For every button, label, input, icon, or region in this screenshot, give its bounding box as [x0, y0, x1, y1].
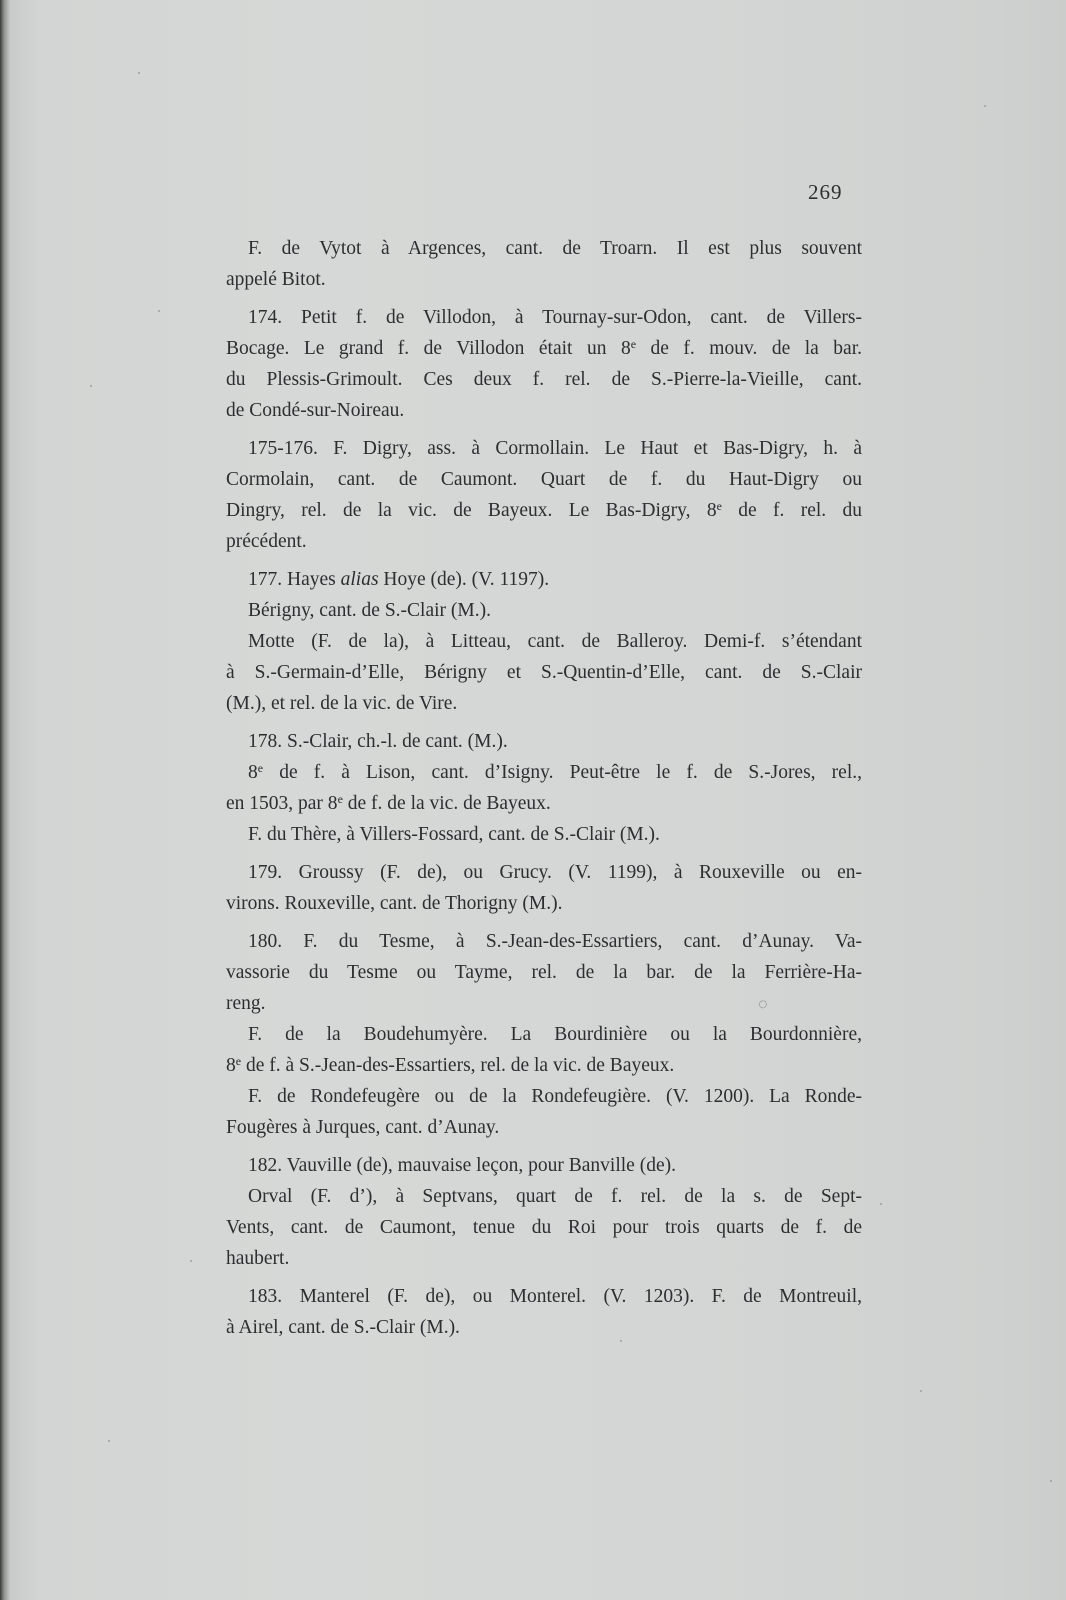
text-line: de Condé-sur-Noireau.: [226, 395, 862, 426]
text-line: (M.), et rel. de la vic. de Vire.: [226, 688, 862, 719]
italic-alias: alias: [341, 569, 379, 590]
text-line: 178. S.-Clair, ch.-l. de cant. (M.).: [226, 726, 862, 757]
text-line: 180. F. du Tesme, à S.-Jean-des-Essartie…: [226, 926, 862, 957]
text-line: précédent.: [226, 526, 862, 557]
text-line: 183. Manterel (F. de), ou Monterel. (V. …: [226, 1281, 862, 1312]
entry-182: 182. Vauville (de), mauvaise leçon, pour…: [226, 1150, 862, 1274]
text-line: à S.-Germain-d’Elle, Bérigny et S.-Quent…: [226, 657, 862, 688]
entry-183: 183. Manterel (F. de), ou Monterel. (V. …: [226, 1281, 862, 1343]
entry-intro: F. de Vytot à Argences, cant. de Troarn.…: [226, 233, 862, 295]
entry-180: 180. F. du Tesme, à S.-Jean-des-Essartie…: [226, 926, 862, 1143]
text-line: du Plessis-Grimoult. Ces deux f. rel. de…: [226, 364, 862, 395]
text-line: haubert.: [226, 1243, 862, 1274]
text-line: Bérigny, cant. de S.-Clair (M.).: [226, 595, 862, 626]
entry-177: 177. Hayes alias Hoye (de). (V. 1197). B…: [226, 564, 862, 719]
text-line: en 1503, par 8e de f. de la vic. de Baye…: [226, 788, 862, 819]
text-line: virons. Rouxeville, cant. de Thorigny (M…: [226, 888, 862, 919]
text-line: 175-176. F. Digry, ass. à Cormollain. Le…: [226, 433, 862, 464]
book-page: 269 F. de Vytot à Argences, cant. de Tro…: [0, 0, 1066, 1600]
page-body: F. de Vytot à Argences, cant. de Troarn.…: [226, 233, 862, 1343]
text-line: 8e de f. à Lison, cant. d’Isigny. Peut-ê…: [226, 757, 862, 788]
text-line: F. de Rondefeugère ou de la Rondefeugièr…: [226, 1081, 862, 1112]
text-line: vassorie du Tesme ou Tayme, rel. de la b…: [226, 957, 862, 988]
page-number: 269: [808, 180, 843, 205]
entry-175-176: 175-176. F. Digry, ass. à Cormollain. Le…: [226, 433, 862, 557]
entry-174: 174. Petit f. de Villodon, à Tournay-sur…: [226, 302, 862, 426]
text-line: 179. Groussy (F. de), ou Grucy. (V. 1199…: [226, 857, 862, 888]
text-line: F. de la Boudehumyère. La Bourdinière ou…: [226, 1019, 862, 1050]
text-line: Dingry, rel. de la vic. de Bayeux. Le Ba…: [226, 495, 862, 526]
text-line: appelé Bitot.: [226, 264, 862, 295]
text-line: Fougères à Jurques, cant. d’Aunay.: [226, 1112, 862, 1143]
text-line: Cormolain, cant. de Caumont. Quart de f.…: [226, 464, 862, 495]
text-line: Bocage. Le grand f. de Villodon était un…: [226, 333, 862, 364]
pencil-mark-icon: ◌: [758, 996, 768, 1014]
text-line: 182. Vauville (de), mauvaise leçon, pour…: [226, 1150, 862, 1181]
text-line: à Airel, cant. de S.-Clair (M.).: [226, 1312, 862, 1343]
text-line: Motte (F. de la), à Litteau, cant. de Ba…: [226, 626, 862, 657]
text-line: Vents, cant. de Caumont, tenue du Roi po…: [226, 1212, 862, 1243]
entry-178: 178. S.-Clair, ch.-l. de cant. (M.). 8e …: [226, 726, 862, 850]
text-line: 174. Petit f. de Villodon, à Tournay-sur…: [226, 302, 862, 333]
entry-179: 179. Groussy (F. de), ou Grucy. (V. 1199…: [226, 857, 862, 919]
text-line: Orval (F. d’), à Septvans, quart de f. r…: [226, 1181, 862, 1212]
text-line: F. de Vytot à Argences, cant. de Troarn.…: [226, 233, 862, 264]
text-line: 177. Hayes alias Hoye (de). (V. 1197).: [226, 564, 862, 595]
text-line: 8e de f. à S.-Jean-des-Essartiers, rel. …: [226, 1050, 862, 1081]
text-line: F. du Thère, à Villers-Fossard, cant. de…: [226, 819, 862, 850]
